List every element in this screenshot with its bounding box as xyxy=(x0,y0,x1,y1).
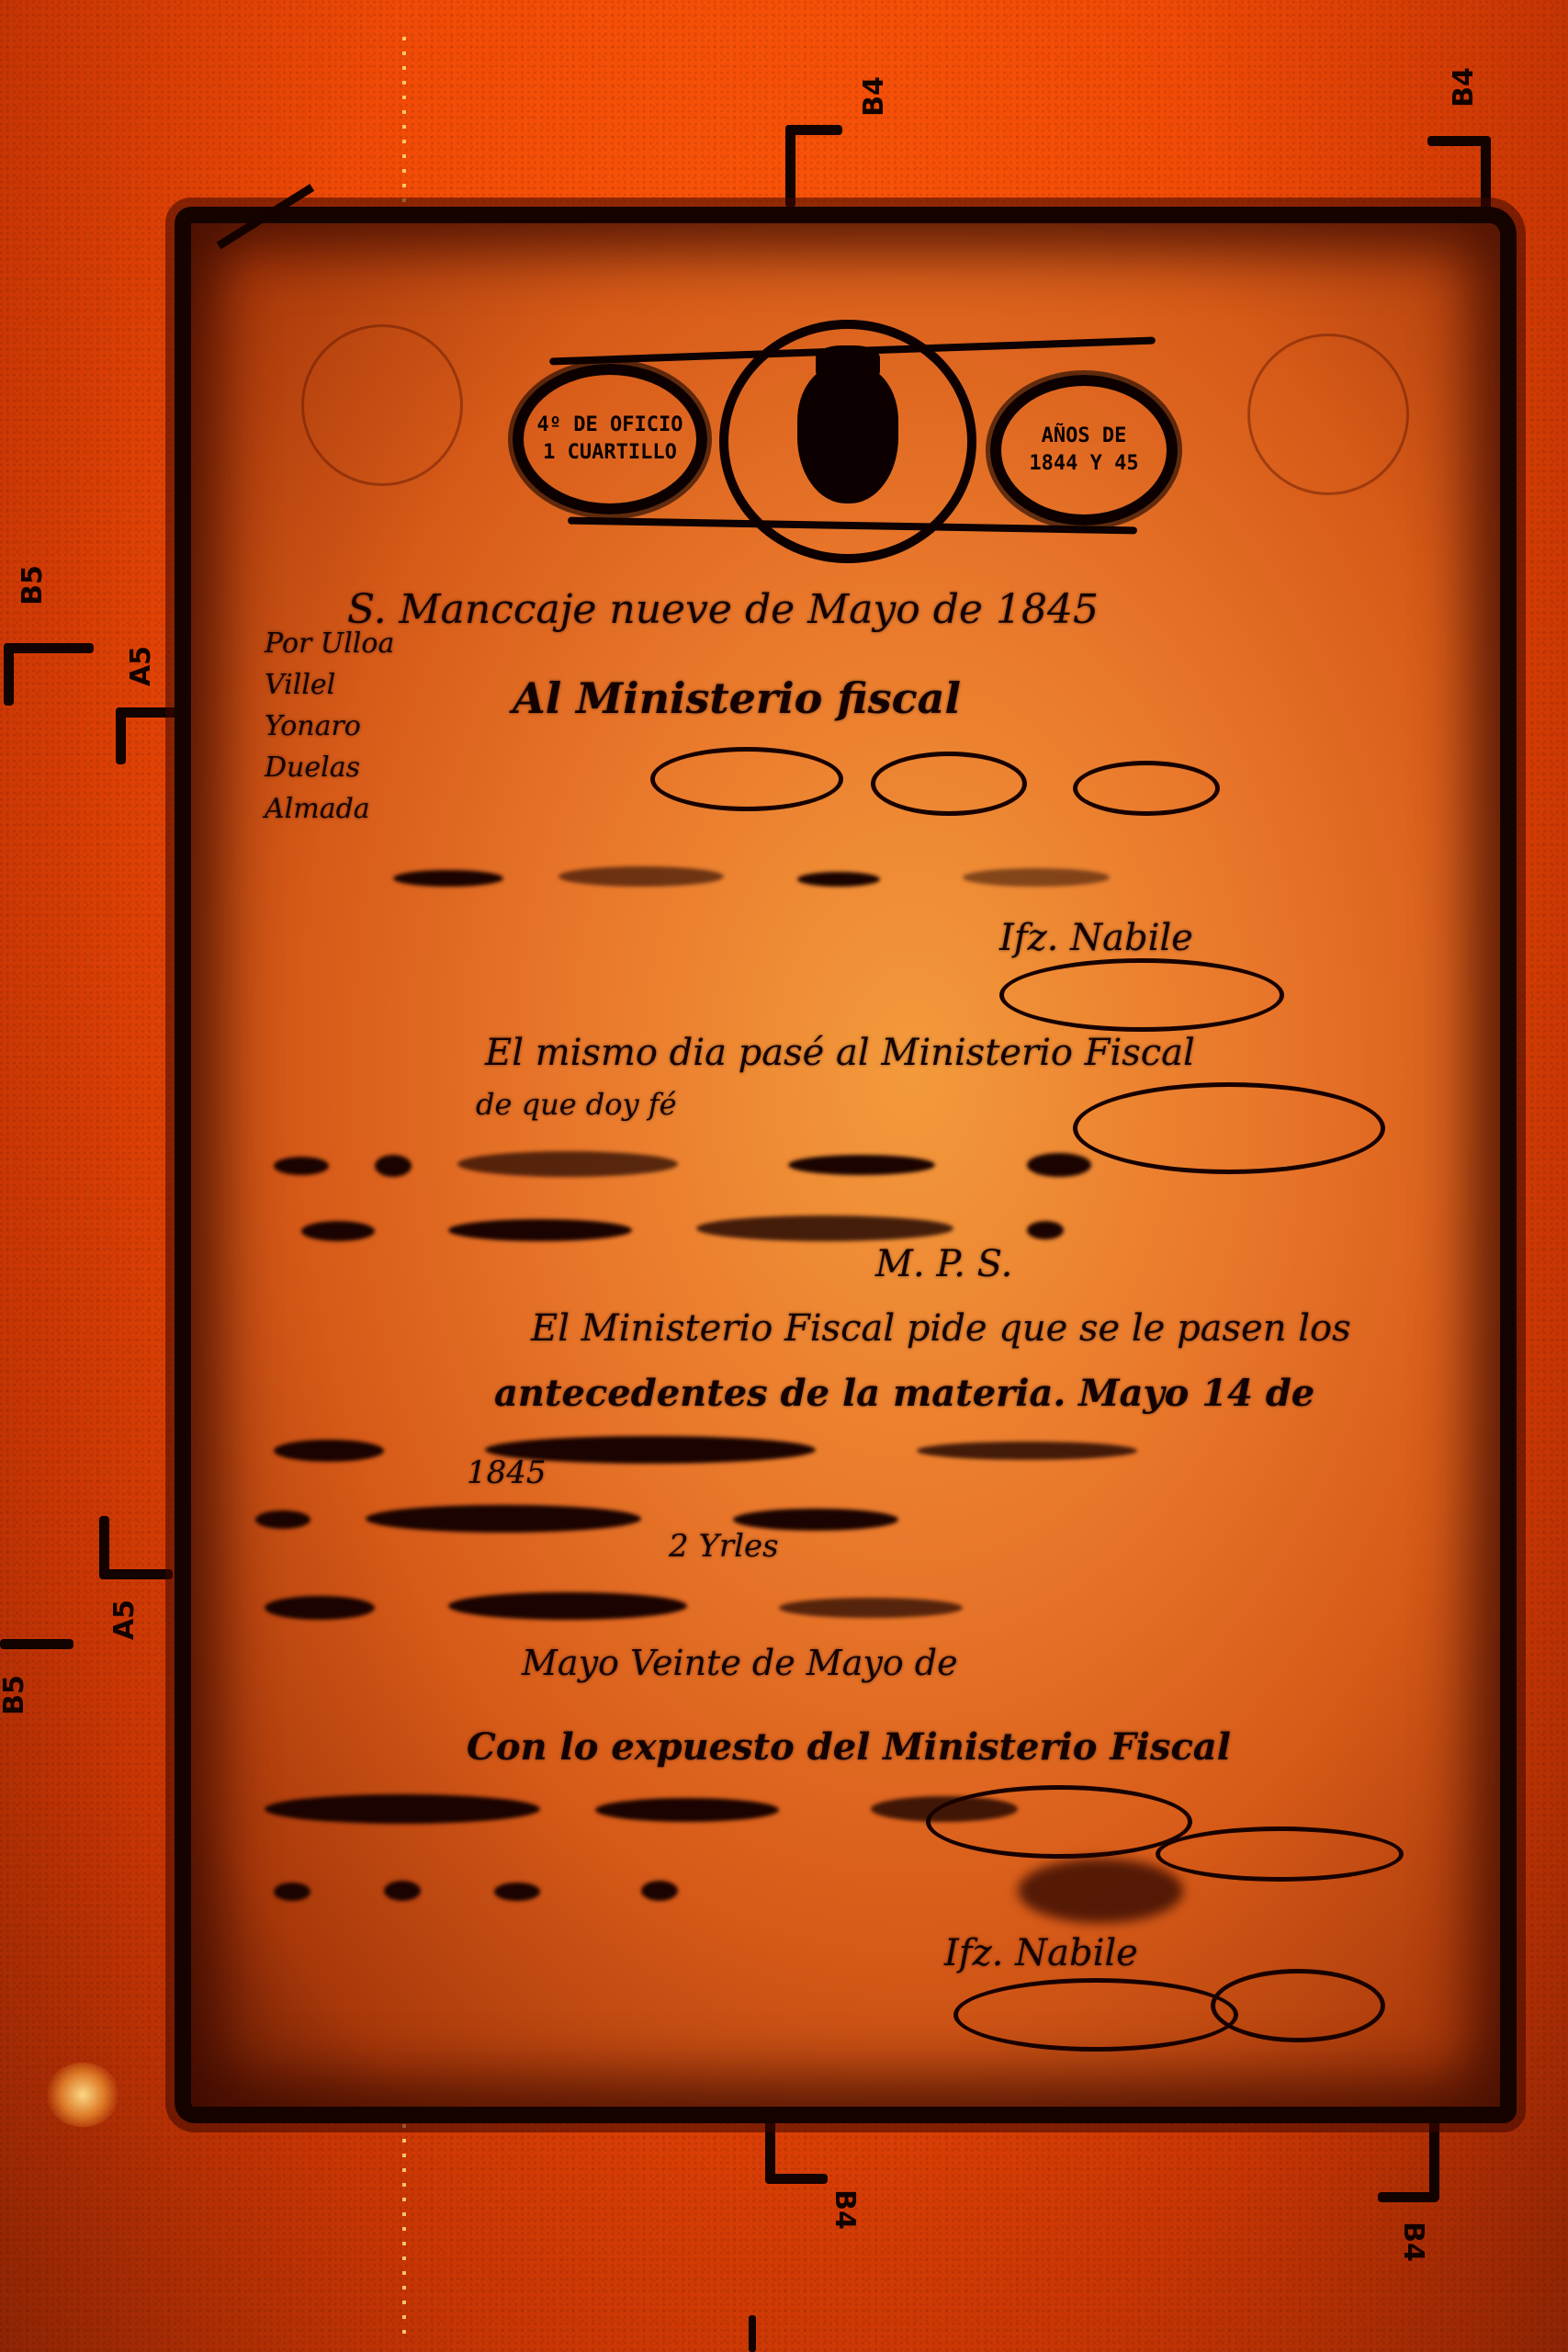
margin-name: Yonaro xyxy=(265,710,361,742)
flourish xyxy=(650,747,843,811)
faded-text-line xyxy=(274,1877,1100,1905)
body-line-5: Mayo Veinte de Mayo de xyxy=(522,1643,958,1683)
margin-name: Duelas xyxy=(265,752,360,784)
body-line-6: Con lo expuesto del Ministerio Fiscal xyxy=(467,1725,1231,1769)
faded-text-line xyxy=(375,866,1385,894)
registration-label: B5 xyxy=(19,565,47,605)
faded-text-line xyxy=(274,1436,1376,1464)
shield-icon xyxy=(797,366,898,503)
margin-name: Por Ulloa xyxy=(265,628,394,660)
stamp-years-line1: AÑOS DE xyxy=(1042,423,1127,450)
ink-stain xyxy=(1018,1859,1183,1923)
stamp-years-oval: AÑOS DE 1844 Y 45 xyxy=(990,375,1178,526)
registration-mark-b5-left: B5 xyxy=(0,551,101,698)
registration-label: B4 xyxy=(861,76,888,117)
registration-mark-b5-lower-left: B5 xyxy=(0,1626,83,1727)
body-line-4: 2 Yrles xyxy=(669,1528,779,1565)
signature-flourish xyxy=(999,958,1284,1032)
stamp-class-line2: 1 CUARTILLO xyxy=(543,439,677,467)
registration-label: B4 xyxy=(1399,2222,1427,2262)
faded-text-line xyxy=(255,1505,1358,1532)
registration-label: A5 xyxy=(111,1600,139,1640)
signature-2: Ifz. Nabile xyxy=(944,1932,1138,1974)
stamp-class-oval: 4º DE OFICIO 1 CUARTILLO xyxy=(513,364,707,514)
signature-flourish xyxy=(1156,1826,1404,1882)
tax-stamp: 4º DE OFICIO 1 CUARTILLO AÑOS DE 1844 Y … xyxy=(513,320,1192,545)
flourish xyxy=(1073,761,1220,816)
signature-flourish xyxy=(1211,1969,1385,2042)
registration-label: B5 xyxy=(1,1675,28,1715)
heading-date: S. Manccaje nueve de Mayo de 1845 xyxy=(347,586,1099,633)
salutation: M. P. S. xyxy=(875,1243,1012,1285)
same-day-line: El mismo dia pasé al Ministerio Fiscal xyxy=(485,1032,1195,1074)
bottom-center-tick xyxy=(749,2315,756,2352)
body-line-2: antecedentes de la materia. Mayo 14 de xyxy=(494,1372,1314,1415)
registration-label: B4 xyxy=(1450,67,1478,107)
flourish xyxy=(871,752,1027,816)
same-day-line-cont: de que doy fé xyxy=(476,1087,677,1122)
registration-label: B4 xyxy=(830,2189,858,2230)
manuscript-page: 4º DE OFICIO 1 CUARTILLO AÑOS DE 1844 Y … xyxy=(175,207,1517,2123)
embossed-seal-left xyxy=(301,324,463,486)
margin-name: Almada xyxy=(265,793,370,825)
stamp-class-line1: 4º DE OFICIO xyxy=(537,412,683,439)
margin-name: Villel xyxy=(265,669,335,701)
registration-mark-a5-lower-left: A5 xyxy=(92,1516,175,1654)
royal-crest-icon xyxy=(719,320,976,563)
registration-mark-a5-left: A5 xyxy=(110,625,184,772)
body-line-1: El Ministerio Fiscal pide que se le pase… xyxy=(531,1307,1351,1350)
corner-tear-top-left xyxy=(217,184,315,249)
addressee-line: Al Ministerio fiscal xyxy=(513,673,961,723)
signature-1: Ifz. Nabile xyxy=(999,917,1193,959)
registration-mark-b4-top: B4 xyxy=(785,119,886,211)
signature-flourish xyxy=(926,1785,1192,1859)
faded-text-line xyxy=(274,1151,1376,1179)
body-line-3: 1845 xyxy=(467,1454,547,1491)
signature-flourish xyxy=(953,1978,1238,2052)
faded-text-line xyxy=(265,1592,1367,1620)
registration-mark-b4-top-right: B4 xyxy=(1426,55,1499,220)
debris-glow-spot xyxy=(46,2063,119,2127)
registration-label: A5 xyxy=(128,646,155,686)
stamp-years-line2: 1844 Y 45 xyxy=(1029,450,1138,478)
embossed-seal-right xyxy=(1247,334,1409,495)
faded-text-line xyxy=(274,1216,1376,1243)
registration-mark-b4-bottom-right: B4 xyxy=(1378,2104,1470,2260)
